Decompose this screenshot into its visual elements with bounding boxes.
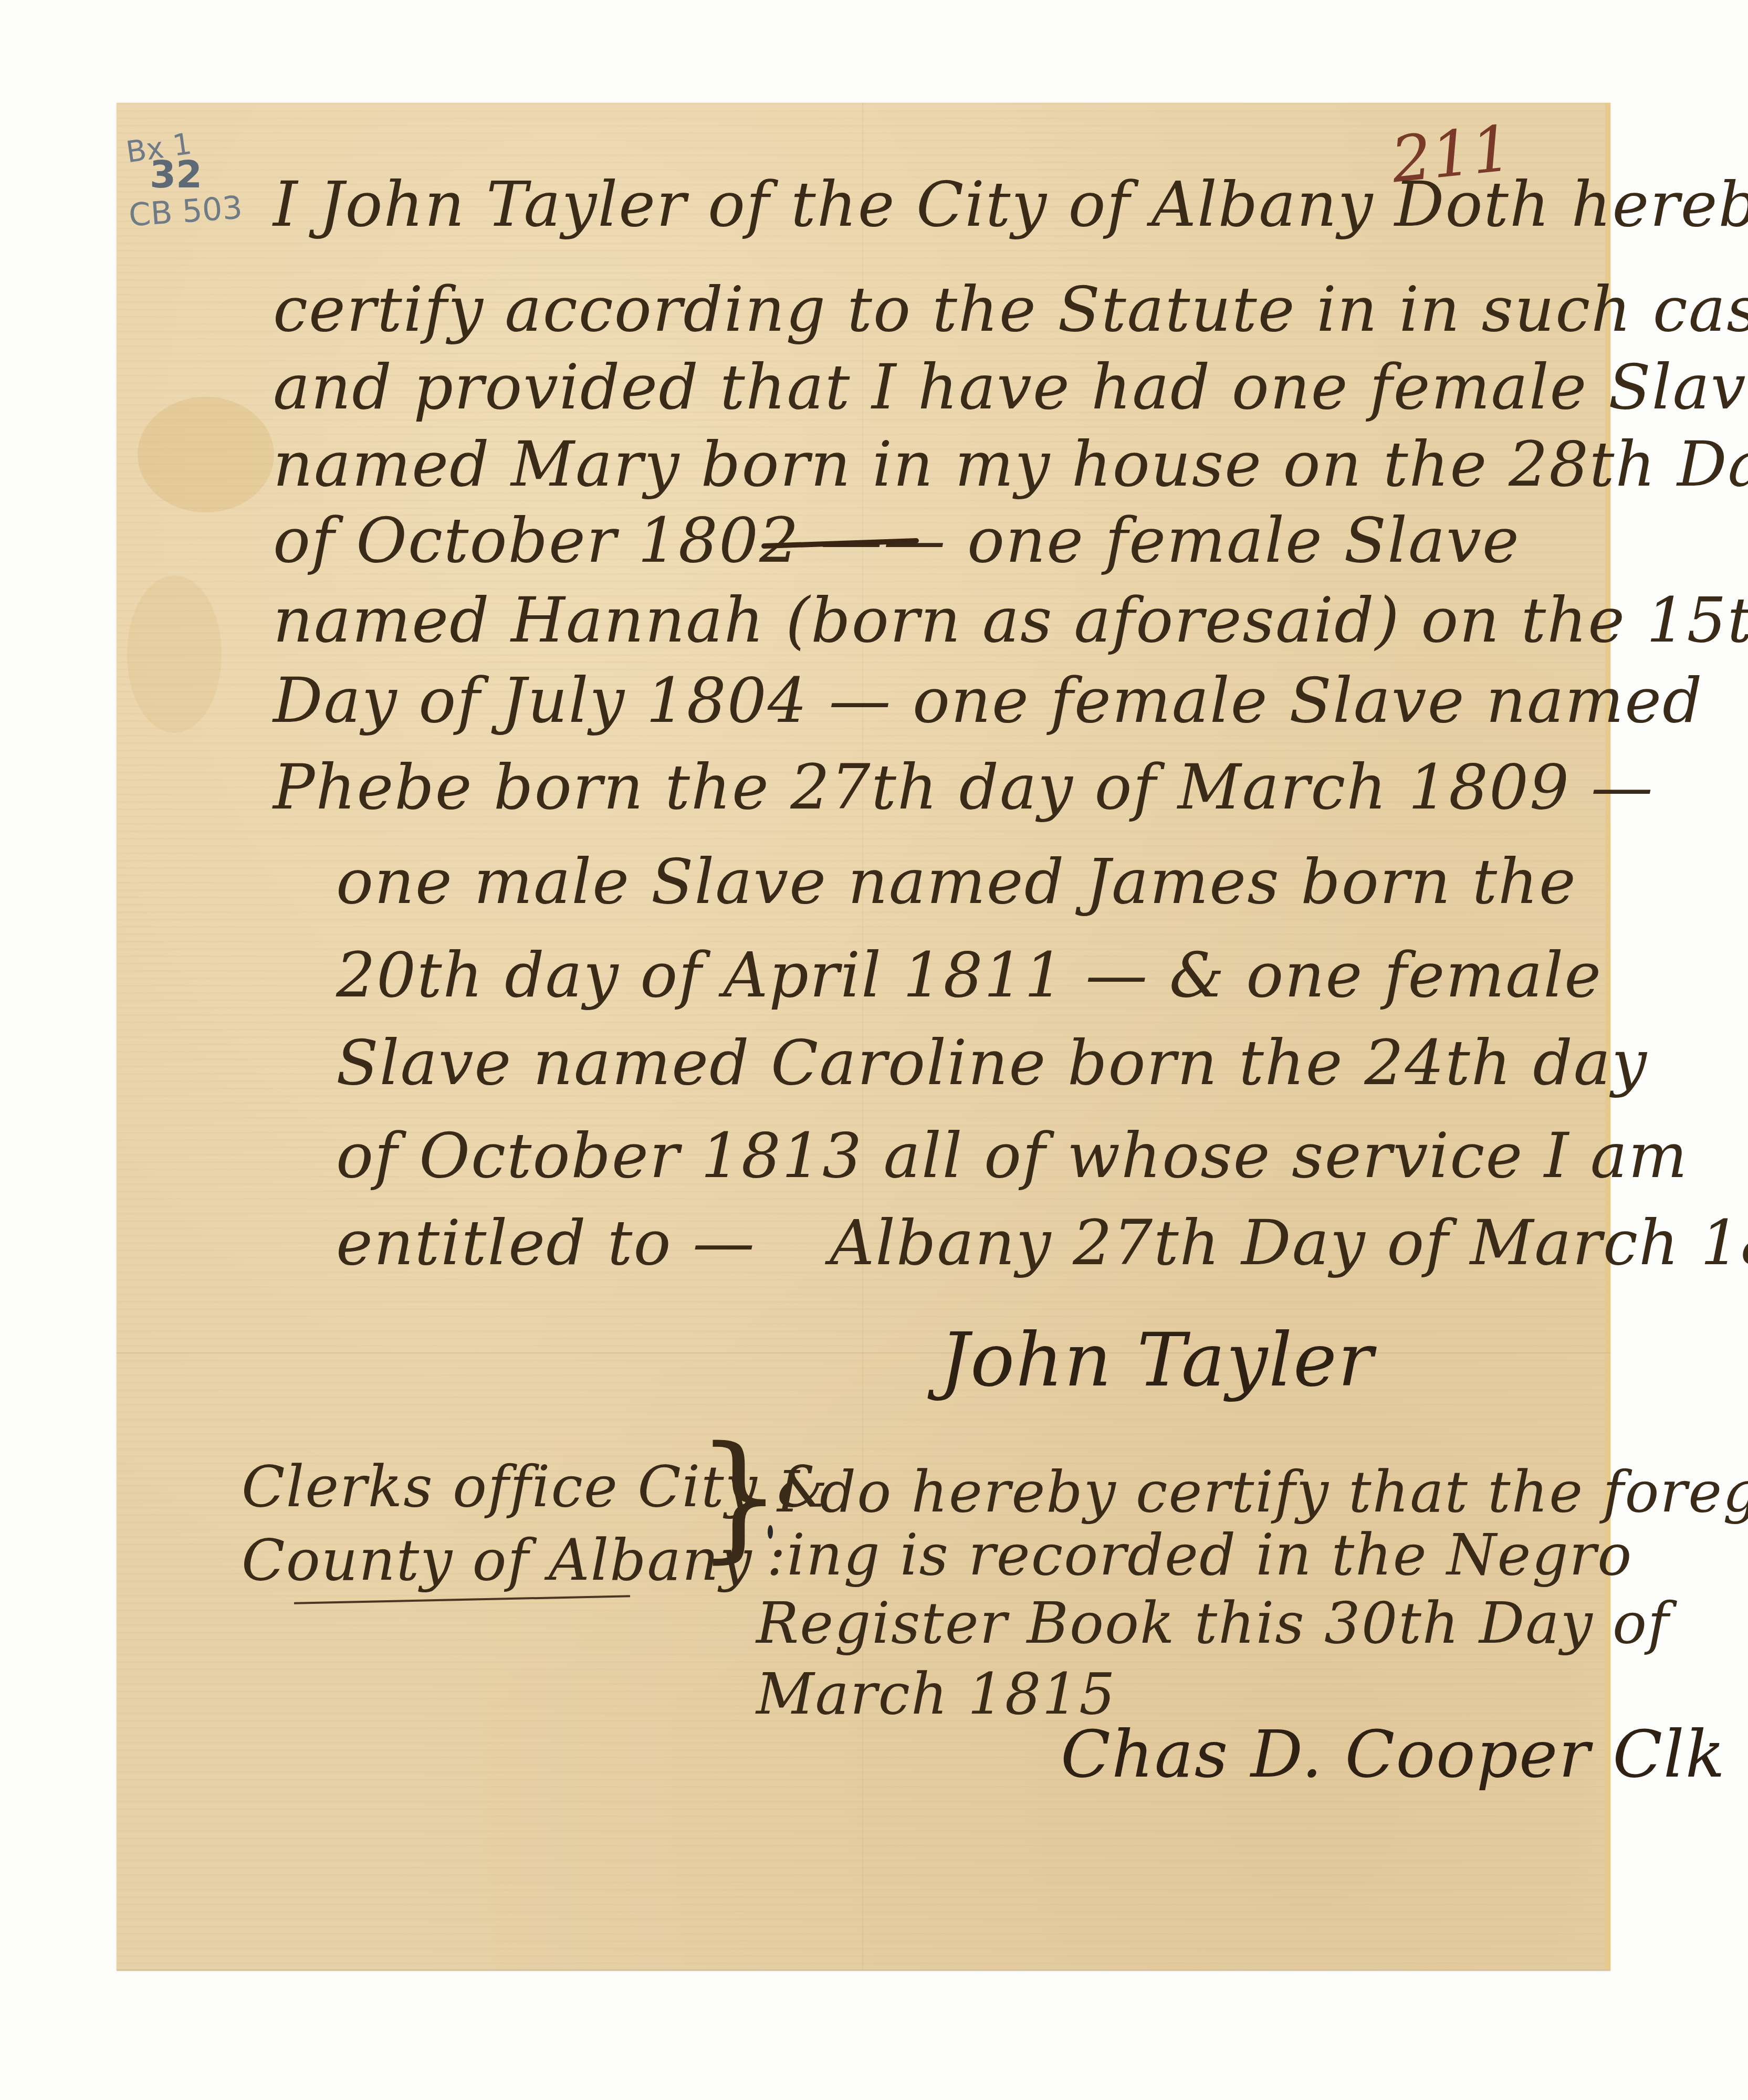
fold-crease-horizontal bbox=[117, 1352, 1610, 1353]
certification-line-3: Register Book this 30th Day of bbox=[756, 1591, 1670, 1656]
certification-line-1: I do hereby certify that the forego bbox=[777, 1459, 1748, 1525]
foxing-stain bbox=[127, 575, 222, 733]
body-line-11: Slave named Caroline born the 24th day bbox=[336, 1026, 1648, 1099]
dateline: Albany 27th Day of March 1815 bbox=[830, 1206, 1748, 1279]
signature-john-tayler: John Tayler bbox=[940, 1318, 1374, 1403]
body-line-13: entitled to — bbox=[336, 1206, 756, 1279]
foxing-stain bbox=[138, 397, 274, 512]
body-line-3: and provided that I have had one female … bbox=[273, 351, 1748, 423]
body-line-9: one male Slave named James born the bbox=[336, 845, 1577, 918]
archive-folder-number: 32 bbox=[150, 152, 202, 196]
body-line-2: certify according to the Statute in in s… bbox=[273, 273, 1748, 345]
body-line-1: I John Tayler of the City of Albany Doth… bbox=[273, 168, 1748, 240]
body-line-6: named Hannah (born as aforesaid) on the … bbox=[273, 584, 1748, 656]
clerk-office-line-2: County of Albany bbox=[242, 1528, 752, 1593]
body-line-4: named Mary born in my house on the 28th … bbox=[273, 428, 1748, 500]
body-line-7: Day of July 1804 — one female Slave name… bbox=[273, 664, 1703, 737]
body-line-12: of October 1813 all of whose service I a… bbox=[336, 1119, 1688, 1192]
certification-line-2: :ing is recorded in the Negro bbox=[767, 1522, 1632, 1588]
body-line-8: Phebe born the 27th day of March 1809 — bbox=[273, 751, 1654, 823]
clerk-signature: Chas D. Cooper Clk bbox=[1061, 1717, 1726, 1792]
body-line-10: 20th day of April 1811 — & one female bbox=[336, 939, 1602, 1011]
